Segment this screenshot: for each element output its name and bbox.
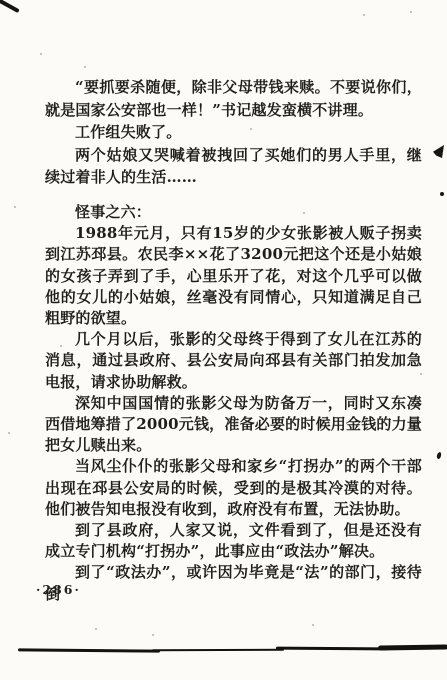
section-heading: 怪事之六： — [45, 202, 422, 223]
paper-speck — [250, 128, 252, 130]
body-paragraph: 到了“政法办”，或许因为毕竟是“法”的部门，接待倒 — [45, 562, 422, 604]
paper-speck — [312, 624, 314, 626]
bottom-scan-line-segment — [378, 645, 447, 650]
paper-speck — [152, 634, 154, 636]
paper-speck — [40, 53, 42, 55]
bottom-scan-line-segment — [276, 647, 388, 651]
body-paragraph: 两个姑娘又哭喊着被拽回了买她们的男人手里，继续过着非人的生活…… — [45, 144, 422, 189]
paper-speck — [410, 11, 412, 13]
bottom-scan-line-segment — [152, 649, 284, 652]
scan-blob-right-margin — [433, 145, 444, 158]
scan-dot-right-margin — [440, 192, 444, 196]
body-paragraph: 工作组失败了。 — [45, 121, 422, 144]
body-paragraph: “要抓要杀随便，除非父母带钱来赎。不要说你们，就是国家公安部也一样！”书记越发蛮… — [45, 76, 422, 121]
body-paragraph: 几个月以后，张影的父母终于得到了女儿在江苏的消息，通过县政府、县公安局向邳县有关… — [45, 329, 422, 393]
paper-speck — [14, 206, 16, 208]
body-paragraph: 到了县政府，人家又说，文件看到了，但是还没有成立专门机构“打拐办”，此事应由“政… — [45, 520, 422, 562]
paper-speck — [303, 212, 305, 214]
paper-speck — [8, 432, 10, 434]
bottom-scan-line-segment — [18, 648, 160, 652]
paper-speck — [84, 66, 86, 68]
paper-speck — [60, 345, 62, 347]
paper-speck — [420, 373, 422, 375]
book-page: “要抓要杀随便，除非父母带钱来赎。不要说你们，就是国家公安部也一样！”书记越发蛮… — [0, 0, 447, 680]
page-text-main: 怪事之六： 1988年元月，只有15岁的少女张影被人贩子拐卖到江苏邳县。农民李×… — [45, 202, 422, 605]
body-paragraph: 深知中国国情的张影父母为防备万一，同时又东凑西借地筹措了2000元钱，准备必要的… — [45, 393, 422, 457]
page-text-top: “要抓要杀随便，除非父母带钱来赎。不要说你们，就是国家公安部也一样！”书记越发蛮… — [45, 76, 422, 189]
scan-mark-top-left-stroke — [0, 0, 20, 13]
paper-speck — [363, 14, 365, 16]
body-paragraph: 当风尘仆仆的张影父母和家乡“打拐办”的两个干部出现在邳县公安局的时候，受到的是极… — [45, 456, 422, 520]
page-number: ·286· — [36, 582, 81, 597]
body-paragraph: 1988年元月，只有15岁的少女张影被人贩子拐卖到江苏邳县。农民李××花了320… — [45, 223, 422, 329]
scan-smudge-right-margin — [436, 452, 442, 460]
paper-speck — [95, 628, 97, 630]
